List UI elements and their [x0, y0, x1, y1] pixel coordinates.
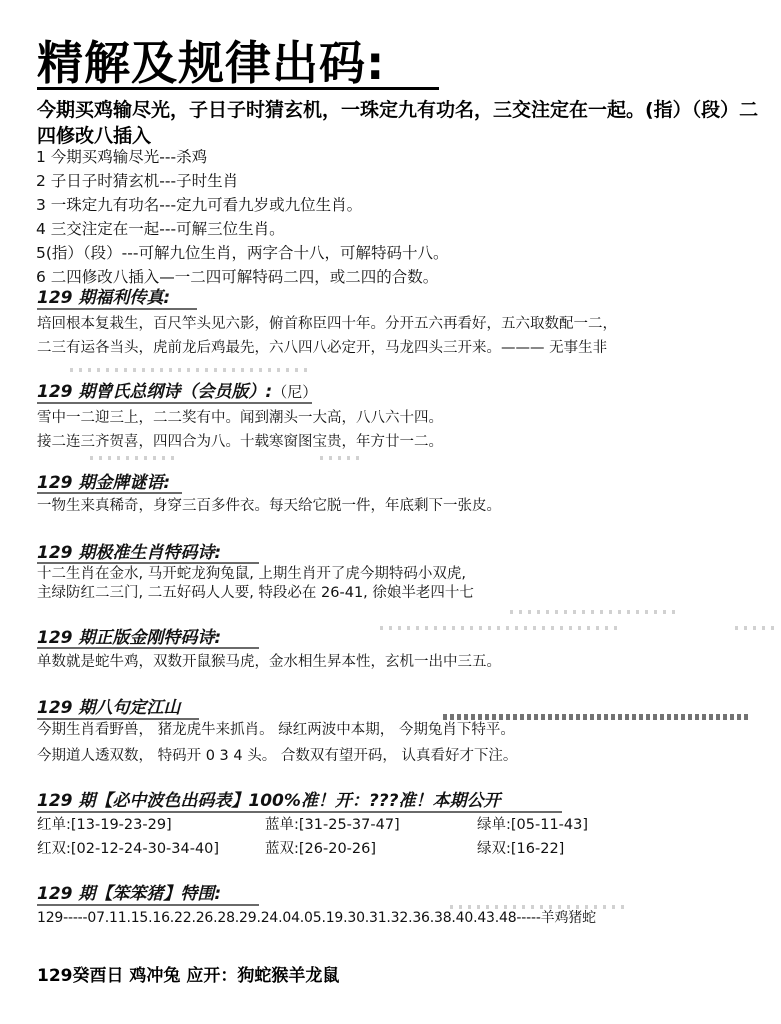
wave-value: [16-22]	[511, 841, 564, 857]
scan-artifact	[320, 456, 365, 460]
jizhun-line: 十二生肖在金水, 马开蛇龙狗兔鼠, 上期生肖开了虎今期特码小双虎,	[37, 564, 466, 584]
rule-item: 1 今期买鸡输尽光---杀鸡	[36, 146, 207, 168]
section-heading-fuli: 129 期福利传真:	[37, 287, 174, 309]
heading-underline	[37, 904, 259, 906]
heading-underline	[37, 811, 562, 813]
heading-underline	[37, 492, 182, 494]
wave-label: 绿单:	[477, 817, 511, 833]
wave-cell-blue-even: 蓝双:[26-20-26]	[265, 838, 376, 860]
zengshi-line: 雪中一二迎三上，二二奖有中。闻到潮头一大高，八八六十四。	[37, 407, 443, 429]
jinpai-line: 一物生来真稀奇，身穿三百多件衣。每天给它脱一件，年底剩下一张皮。	[37, 495, 501, 517]
wave-cell-red-odd: 红单:[13-19-23-29]	[37, 814, 172, 836]
zengshi-line: 接二连三齐贺喜，四四合为八。十载寒窗图宝贵，年方廿一二。	[37, 431, 443, 453]
rule-item: 4 三交注定在一起---可解三位生肖。	[36, 218, 285, 240]
wave-label: 红单:	[37, 817, 71, 833]
jizhun-line: 主绿防红二三门, 二五好码人人要, 特段必在 26-41, 徐娘半老四十七	[37, 583, 474, 603]
heading-underline	[37, 647, 259, 649]
heading-underline	[37, 308, 197, 310]
section-heading-bajv: 129 期八句定江山	[37, 697, 184, 719]
section-heading-jingang: 129 期正版金刚特码诗:	[37, 627, 225, 649]
scan-artifact	[735, 626, 775, 630]
wave-cell-red-even: 红双:[02-12-24-30-34-40]	[37, 838, 219, 860]
wave-cell-green-even: 绿双:[16-22]	[477, 838, 564, 860]
section-heading-jinpai: 129 期金牌谜语:	[37, 472, 174, 494]
zengshi-heading-suffix: （尼）	[272, 383, 317, 401]
section-heading-benben: 129 期【笨笨猪】特围:	[37, 883, 225, 905]
wave-cell-green-odd: 绿单:[05-11-43]	[477, 814, 588, 836]
rule-item: 5(指）（段）---可解九位生肖，两字合十八，可解特码十八。	[36, 242, 448, 264]
wave-value: [26-20-26]	[299, 841, 376, 857]
wave-value: [13-19-23-29]	[71, 817, 172, 833]
heading-underline	[37, 402, 312, 404]
rule-item: 6 二四修改八插入—一二四可解特码二四，或二四的合数。	[36, 266, 438, 288]
fuli-line: 二三有运各当头，虎前龙后鸡最先，六八四八必定开，马龙四头三开来。——— 无事生非	[37, 337, 607, 359]
scan-artifact	[70, 368, 310, 372]
scan-artifact	[510, 610, 680, 614]
bajv-line: 今期生肖看野兽， 猪龙虎牛来抓肖。 绿红两波中本期， 今期兔肖下特平。	[37, 719, 515, 741]
page-title: 精解及规律出码:	[37, 36, 385, 90]
bajv-line: 今期道人透双数， 特码开 0 3 4 头。 合数双有望开码， 认真看好才下注。	[37, 745, 517, 767]
rule-item: 3 一珠定九有功名---定九可看九岁或九位生肖。	[36, 194, 362, 216]
title-underline	[37, 87, 439, 90]
wave-label: 蓝双:	[265, 841, 299, 857]
wave-value: [05-11-43]	[511, 817, 588, 833]
wave-label: 红双:	[37, 841, 71, 857]
wave-value: [31-25-37-47]	[299, 817, 400, 833]
intro-text: 今期买鸡输尽光，子日子时猜玄机，一珠定九有功名，三交注定在一起。(指）（段）二四…	[37, 97, 767, 149]
scan-artifact	[90, 456, 180, 460]
wave-label: 蓝单:	[265, 817, 299, 833]
section-heading-bose: 129 期【必中波色出码表】100%准！开：???准！本期公开	[37, 790, 505, 812]
wave-cell-blue-odd: 蓝单:[31-25-37-47]	[265, 814, 400, 836]
scan-artifact	[380, 626, 620, 630]
fuli-line: 培回根本复栽生，百尺竿头见六影，俯首称臣四十年。分开五六再看好，五六取数配一二，	[37, 313, 617, 335]
wave-value: [02-12-24-30-34-40]	[71, 841, 219, 857]
rule-item: 2 子日子时猜玄机---子时生肖	[36, 170, 238, 192]
zengshi-heading-text: 129 期曾氏总纲诗（会员版）:	[37, 382, 272, 402]
footer-summary: 129癸酉日 鸡冲兔 应开：狗蛇猴羊龙鼠	[37, 965, 339, 987]
jingang-line: 单数就是蛇牛鸡，双数开鼠猴马虎，金水相生昇本性，玄机一出中三五。	[37, 651, 501, 673]
benben-line: 129-----07.11.15.16.22.26.28.29.24.04.05…	[37, 907, 596, 929]
wave-label: 绿双:	[477, 841, 511, 857]
section-heading-jizhun: 129 期极准生肖特码诗:	[37, 542, 225, 564]
section-heading-zengshi: 129 期曾氏总纲诗（会员版）:（尼）	[37, 381, 321, 403]
